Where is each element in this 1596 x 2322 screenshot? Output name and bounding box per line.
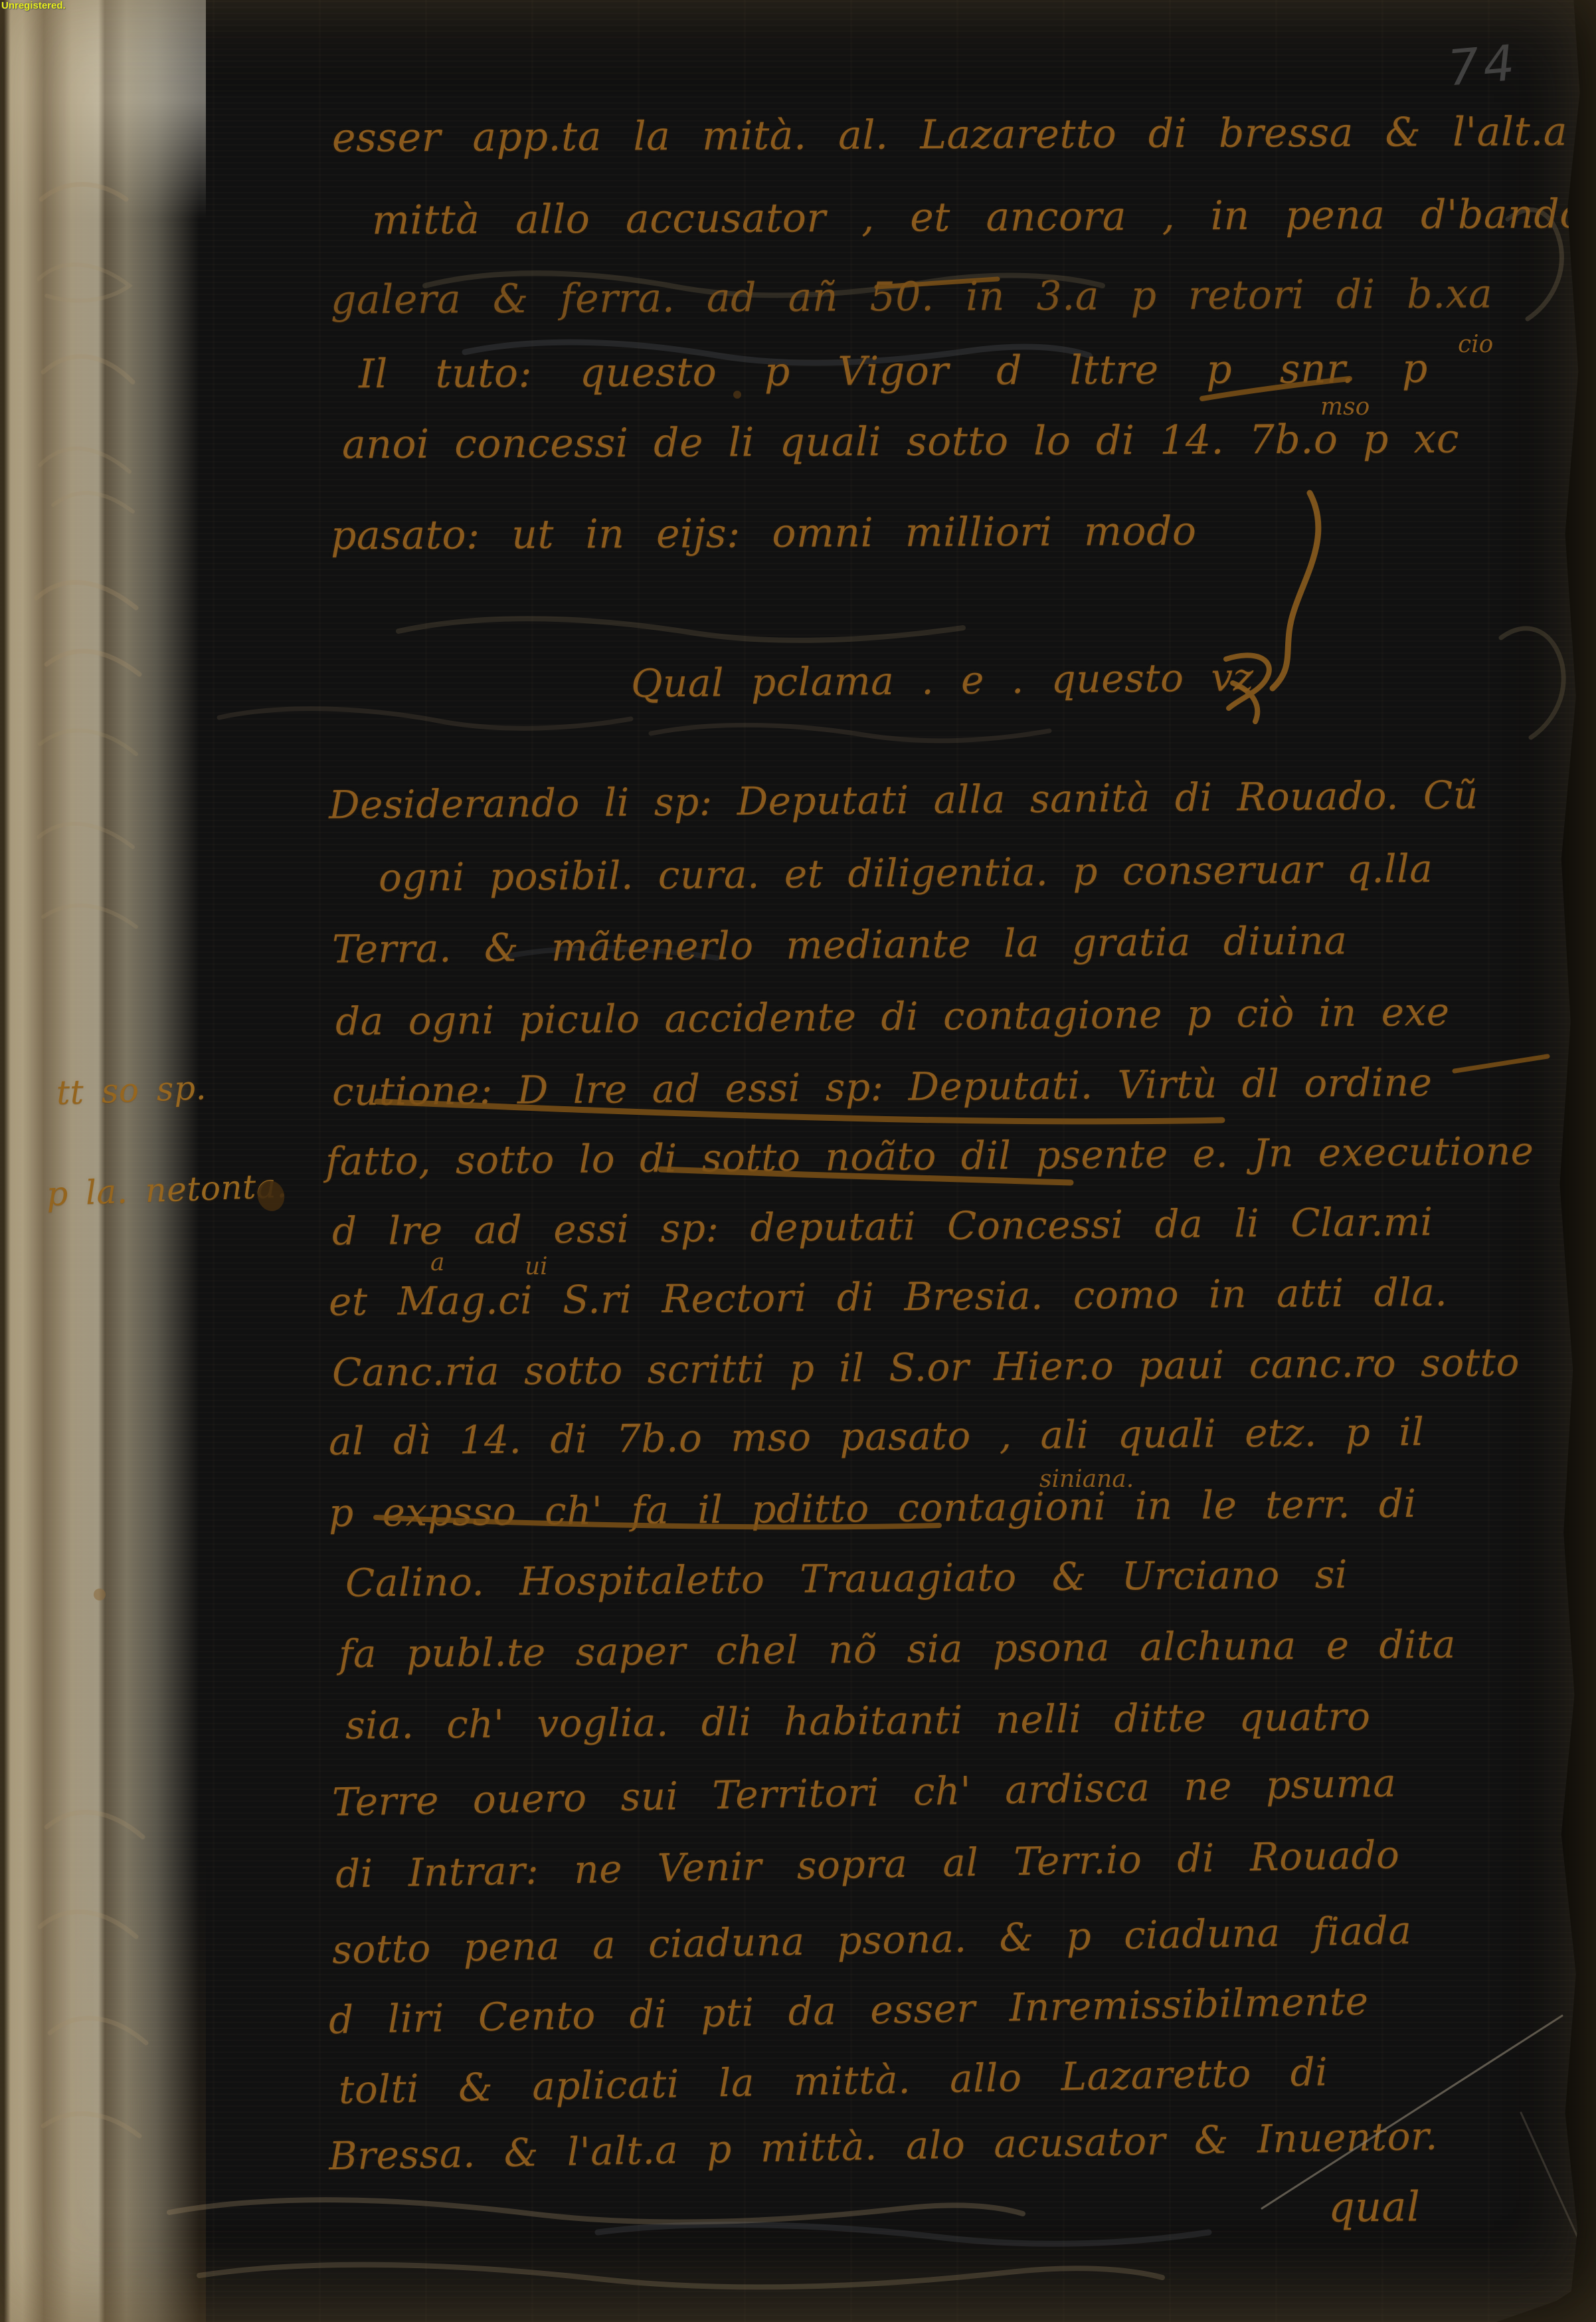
manuscript-line: et Mag.ci S.ri Rectori di Bresia. como i… (329, 1270, 1448, 1325)
manuscript-line: Desiderando li sp: Deputati alla sanità … (329, 772, 1478, 827)
paper-crease (1521, 2113, 1589, 2262)
manuscript-line: fa publ.te saper chel nõ sia psona alchu… (339, 1622, 1457, 1677)
manuscript-line: di Intrar: ne Venir sopra al Terr.io di … (335, 1832, 1400, 1896)
manuscript-line: da ogni piculo accidente di contagione p… (335, 989, 1450, 1044)
manuscript-line: sia. ch' voglia. dli habitanti nelli dit… (345, 1693, 1371, 1747)
margin-note-line-1: tt so sp. (56, 1068, 207, 1112)
manuscript-line: esser app.ta la mità. al. Lazaretto di b… (332, 108, 1567, 161)
margin-note-line-2: p la. netonta. (46, 1167, 288, 1214)
manuscript-line: Terra. & mãtenerlo mediante la gratia di… (332, 918, 1348, 971)
manuscript-line: Bressa. & l'alt.a p mittà. alo acusator … (329, 2113, 1439, 2179)
manuscript-line: Canc.ria sotto scritti p il S.or Hier.o … (332, 1339, 1520, 1395)
superscript-annotation: cio (1458, 331, 1493, 358)
manuscript-line: fatto, sotto lo di sotto noãto dil psent… (325, 1128, 1534, 1184)
manuscript-page: Unregistered. 74 tt so sp. p la. netonta… (0, 0, 1596, 2322)
manuscript-line: galera & ferra. ad añ 50. in 3.a p retor… (331, 270, 1493, 323)
scanner-black-corner (1496, 2275, 1596, 2322)
manuscript-line: mittà allo accusator , et ancora , in pe… (372, 191, 1584, 244)
manuscript-line: Terre ouero sui Territori ch' ardisca ne… (332, 1760, 1397, 1824)
manuscript-line: sotto pena a ciaduna psona. & p ciaduna … (332, 1907, 1412, 1973)
folio-number: 74 (1445, 35, 1520, 98)
manuscript-line: p expsso ch' fa il pditto contagioni in … (329, 1481, 1417, 1535)
superscript-annotation: mso (1320, 393, 1370, 421)
manuscript-line: tolti & aplicati la mittà. allo Lazarett… (339, 2049, 1328, 2112)
manuscript-line: cutione: D lre ad essi sp: Deputati. Vir… (332, 1060, 1433, 1114)
superscript-annotation: ui (525, 1253, 548, 1280)
manuscript-line: Il tuto: questo p Vigor d lttre p snr. p (359, 345, 1428, 397)
scanner-black-edge (1557, 0, 1596, 2322)
paper-crease (1262, 2016, 1562, 2208)
scanner-watermark: Unregistered. (1, 0, 66, 11)
superscript-annotation: a (430, 1249, 444, 1276)
manuscript-line: al dì 14. di 7b.o mso pasato , ali quali… (329, 1409, 1425, 1464)
manuscript-line: ogni posibil. cura. et diligentia. p con… (379, 846, 1433, 900)
manuscript-line: Calino. Hospitaletto Trauagiato & Urcian… (345, 1551, 1348, 1605)
catchword: qual (1328, 2182, 1421, 2231)
proclamation-heading: Qual pclama . e . questo vz (631, 654, 1254, 706)
manuscript-line: anoi concessi de li quali sotto lo di 14… (342, 416, 1459, 468)
manuscript-line: pasato: ut in eijs: omni milliori modo (331, 508, 1197, 559)
strikethrough-stroke (1455, 1056, 1548, 1071)
manuscript-line: d liri Cento di pti da esser Inremissibi… (329, 1979, 1370, 2043)
closing-brace-flourish (1273, 493, 1318, 688)
manuscript-line: d lre ad essi sp: deputati Concessi da l… (332, 1199, 1433, 1254)
paper-spot (94, 1589, 106, 1600)
book-gutter-binding (0, 0, 206, 2322)
